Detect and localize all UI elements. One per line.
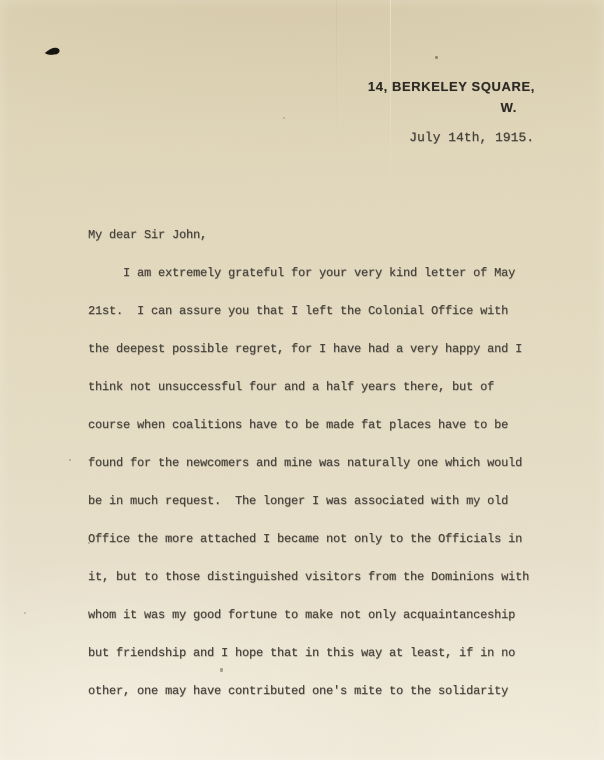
letter-line: whom it was my good fortune to make not … (88, 596, 558, 634)
letter-line: but friendship and I hope that in this w… (88, 634, 558, 672)
letter-line: other, one may have contributed one's mi… (88, 672, 558, 710)
letter-line: Office the more attached I became not on… (88, 520, 558, 558)
paper-speck (435, 56, 438, 59)
letter-line: found for the newcomers and mine was nat… (88, 444, 558, 482)
paper-speck (283, 117, 285, 119)
letter-line: be in much request. The longer I was ass… (88, 482, 558, 520)
letter-line: it, but to those distinguished visitors … (88, 558, 558, 596)
letter-line: I am extremely grateful for your very ki… (88, 254, 558, 292)
letter-line: think not unsuccessful four and a half y… (88, 368, 558, 406)
ink-blot-mark (44, 45, 62, 58)
paper-crease (390, 0, 391, 215)
paper-crease (336, 0, 337, 150)
letter-line: course when coalitions have to be made f… (88, 406, 558, 444)
salutation: My dear Sir John, (88, 216, 558, 254)
letter-line: 21st. I can assure you that I left the C… (88, 292, 558, 330)
letter-body: My dear Sir John, I am extremely gratefu… (88, 216, 558, 710)
letterhead-address: 14, BERKELEY SQUARE, (368, 79, 535, 94)
date-line: July 14th, 1915. (409, 130, 534, 145)
paper-speck (24, 612, 26, 614)
letterhead-district: W. (501, 100, 517, 115)
letter-line: the deepest possible regret, for I have … (88, 330, 558, 368)
letter-page: 14, BERKELEY SQUARE, W. July 14th, 1915.… (0, 0, 604, 760)
paper-speck (69, 459, 71, 461)
